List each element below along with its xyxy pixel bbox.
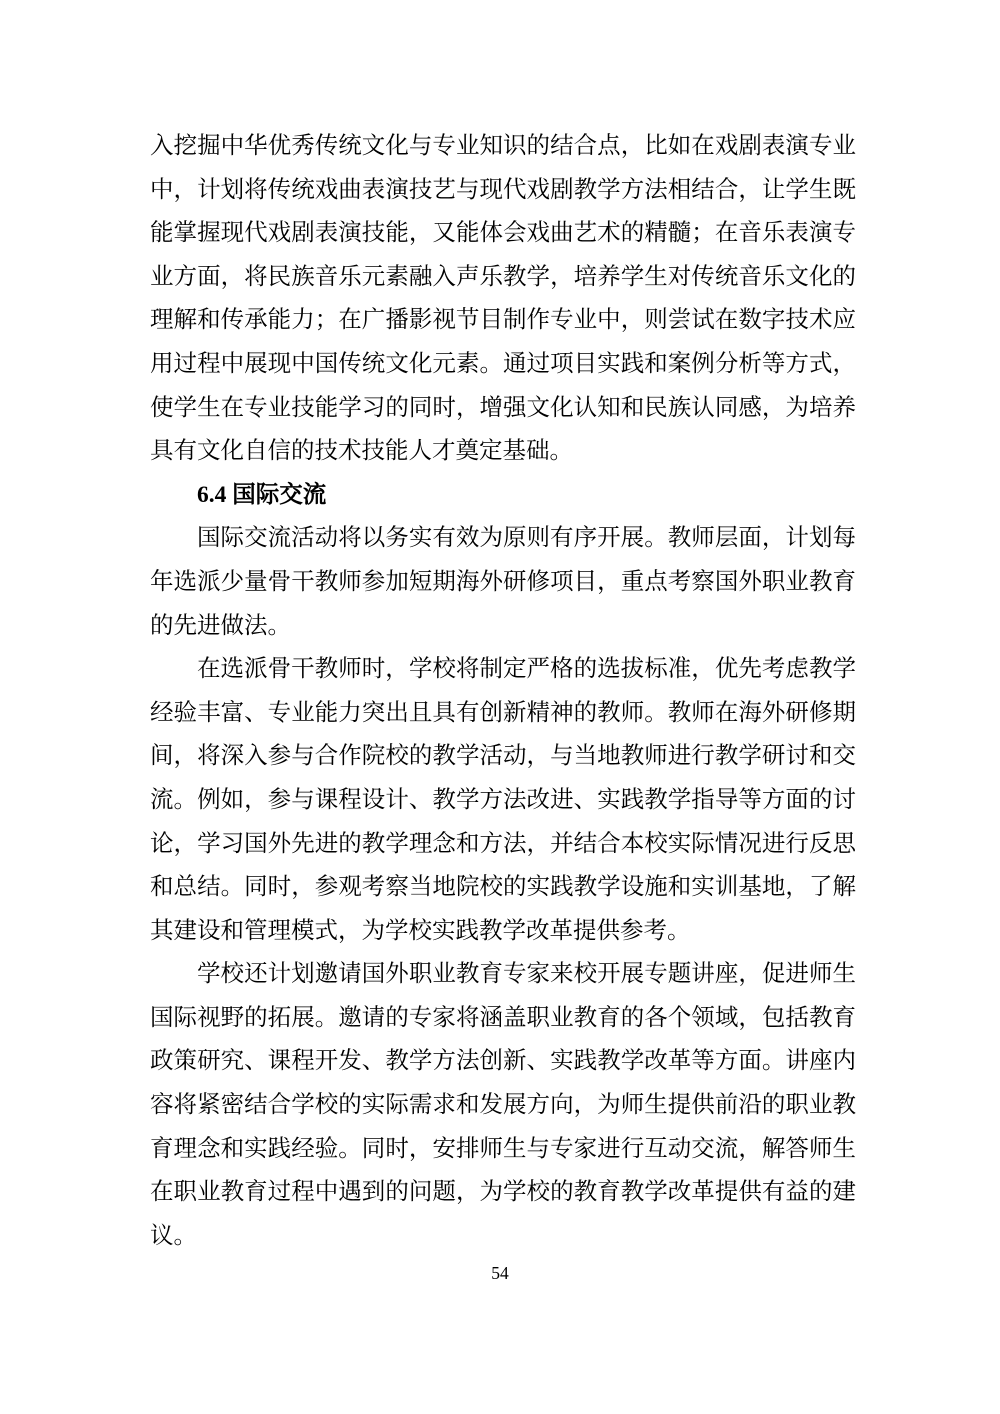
text-line: 容将紧密结合学校的实际需求和发展方向，为师生提供前沿的职业教 — [150, 1084, 856, 1128]
text-line: 在职业教育过程中遇到的问题，为学校的教育教学改革提供有益的建 — [150, 1171, 856, 1215]
text-line: 理解和传承能力；在广播影视节目制作专业中，则尝试在数字技术应 — [150, 299, 856, 343]
text-line: 入挖掘中华优秀传统文化与专业知识的结合点，比如在戏剧表演专业 — [150, 125, 856, 169]
document-page: 入挖掘中华优秀传统文化与专业知识的结合点，比如在戏剧表演专业中，计划将传统戏曲表… — [0, 0, 1000, 1414]
document-text: 入挖掘中华优秀传统文化与专业知识的结合点，比如在戏剧表演专业中，计划将传统戏曲表… — [150, 125, 856, 1258]
text-line: 流。例如，参与课程设计、教学方法改进、实践教学指导等方面的讨 — [150, 779, 856, 823]
text-line: 经验丰富、专业能力突出且具有创新精神的教师。教师在海外研修期 — [150, 692, 856, 736]
text-line: 学校还计划邀请国外职业教育专家来校开展专题讲座，促进师生 — [150, 953, 856, 997]
section-heading: 6.4 国际交流 — [150, 474, 856, 518]
text-line: 政策研究、课程开发、教学方法创新、实践教学改革等方面。讲座内 — [150, 1040, 856, 1084]
text-line: 具有文化自信的技术技能人才奠定基础。 — [150, 430, 856, 474]
text-line: 年选派少量骨干教师参加短期海外研修项目，重点考察国外职业教育 — [150, 561, 856, 605]
text-line: 用过程中展现中国传统文化元素。通过项目实践和案例分析等方式， — [150, 343, 856, 387]
text-line: 国际交流活动将以务实有效为原则有序开展。教师层面，计划每 — [150, 517, 856, 561]
text-line: 和总结。同时，参观考察当地院校的实践教学设施和实训基地，了解 — [150, 866, 856, 910]
text-line: 能掌握现代戏剧表演技能，又能体会戏曲艺术的精髓；在音乐表演专 — [150, 212, 856, 256]
page-number: 54 — [0, 1263, 1000, 1284]
text-line: 的先进做法。 — [150, 605, 856, 649]
text-line: 育理念和实践经验。同时，安排师生与专家进行互动交流，解答师生 — [150, 1128, 856, 1172]
text-line: 议。 — [150, 1215, 856, 1259]
text-line: 国际视野的拓展。邀请的专家将涵盖职业教育的各个领域，包括教育 — [150, 997, 856, 1041]
text-line: 中，计划将传统戏曲表演技艺与现代戏剧教学方法相结合，让学生既 — [150, 169, 856, 213]
text-line: 间，将深入参与合作院校的教学活动，与当地教师进行教学研讨和交 — [150, 735, 856, 779]
text-line: 业方面，将民族音乐元素融入声乐教学，培养学生对传统音乐文化的 — [150, 256, 856, 300]
text-line: 其建设和管理模式，为学校实践教学改革提供参考。 — [150, 910, 856, 954]
text-line: 在选派骨干教师时，学校将制定严格的选拔标准，优先考虑教学 — [150, 648, 856, 692]
text-line: 论，学习国外先进的教学理念和方法，并结合本校实际情况进行反思 — [150, 823, 856, 867]
text-line: 使学生在专业技能学习的同时，增强文化认知和民族认同感，为培养 — [150, 387, 856, 431]
